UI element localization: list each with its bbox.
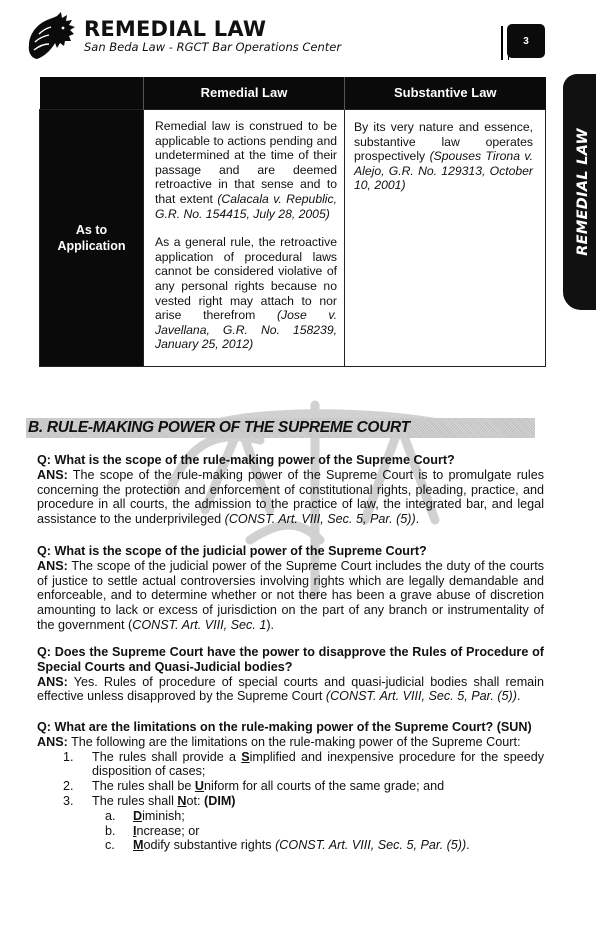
table-header-remedial: Remedial Law [144, 77, 345, 110]
qa-block: Q: What is the scope of the judicial pow… [37, 544, 544, 633]
item-text: ot: [187, 794, 205, 808]
sublist-item: c.Modify substantive rights (CONST. Art.… [37, 838, 544, 853]
ans-label: ANS: [37, 675, 68, 689]
punct: ). [266, 618, 274, 632]
list-item: 3.The rules shall Not: (DIM) [37, 794, 544, 809]
punct: . [416, 512, 420, 526]
qa-block: Q: What is the scope of the rule-making … [37, 453, 544, 527]
mnemonic-letter: D [133, 809, 142, 823]
sublist-item: a.Diminish; [37, 809, 544, 824]
item-text: niform for all courts of the same grade;… [204, 779, 444, 793]
citation: (CONST. Art. VIII, Sec. 5, Par. (5)) [225, 512, 416, 526]
mnemonic-tag: (DIM) [204, 794, 235, 808]
side-tab-label: REMEDIAL LAW [575, 128, 591, 256]
answer: ANS: The scope of the rule-making power … [37, 468, 544, 527]
question: Q: What is the scope of the rule-making … [37, 453, 544, 468]
remedial-paragraph: As a general rule, the retroactive appli… [155, 235, 337, 352]
answer-text: The following are the limitations on the… [68, 735, 521, 749]
sublist-item: b.Increase; or [37, 824, 544, 839]
item-letter: c. [105, 838, 115, 853]
side-tab: REMEDIAL LAW [563, 74, 596, 310]
lion-head-icon [27, 12, 79, 62]
item-text: The rules shall be [92, 779, 195, 793]
table-header-substantive: Substantive Law [345, 77, 546, 110]
citation: (CONST. Art. VIII, Sec. 5, Par. (5)) [326, 689, 517, 703]
qa-block: Q: Does the Supreme Court have the power… [37, 645, 544, 704]
ans-label: ANS: [37, 735, 68, 749]
item-text: odify substantive rights [144, 838, 276, 852]
table-row: As to Application Remedial law is constr… [40, 110, 546, 367]
remedial-paragraph: Remedial law is construed to be applicab… [155, 119, 337, 221]
list-item: 2.The rules shall be Uniform for all cou… [37, 779, 544, 794]
table-header-blank [40, 77, 144, 110]
page-number: 3 [507, 24, 545, 58]
item-letter: b. [105, 824, 116, 839]
question: Q: Does the Supreme Court have the power… [37, 645, 544, 675]
item-text: The rules shall provide a [92, 750, 241, 764]
comparison-table: Remedial Law Substantive Law As to Appli… [39, 77, 546, 367]
item-letter: a. [105, 809, 116, 824]
punct: . [466, 838, 470, 852]
mnemonic-letter: U [195, 779, 204, 793]
item-text: ncrease; or [137, 824, 200, 838]
question: Q: What is the scope of the judicial pow… [37, 544, 544, 559]
dim-sublist: a.Diminish; b.Increase; or c.Modify subs… [37, 809, 544, 853]
limitations-list: 1.The rules shall provide a Simplified a… [37, 750, 544, 809]
answer: ANS: Yes. Rules of procedure of special … [37, 675, 544, 705]
document-subtitle: San Beda Law - RGCT Bar Operations Cente… [84, 40, 341, 54]
item-number: 3. [63, 794, 74, 809]
section-heading: B. RULE-MAKING POWER OF THE SUPREME COUR… [26, 418, 535, 438]
citation: CONST. Art. VIII, Sec. 1 [132, 618, 266, 632]
document-title: REMEDIAL LAW [84, 17, 266, 41]
mnemonic-letter: N [177, 794, 186, 808]
answer-text: The scope of the judicial power of the S… [37, 559, 544, 632]
substantive-paragraph: By its very nature and essence, substant… [354, 120, 533, 193]
table-header-row: Remedial Law Substantive Law [40, 77, 546, 110]
list-item: 1.The rules shall provide a Simplified a… [37, 750, 544, 780]
item-text: iminish; [142, 809, 185, 823]
answer: ANS: The following are the limitations o… [37, 735, 544, 750]
ans-label: ANS: [37, 468, 68, 482]
row-label: As to Application [40, 110, 144, 367]
mnemonic-letter: M [133, 838, 144, 852]
citation: (CONST. Art. VIII, Sec. 5, Par. (5)) [275, 838, 466, 852]
mnemonic-letter: S [241, 750, 249, 764]
answer: ANS: The scope of the judicial power of … [37, 559, 544, 633]
substantive-cell: By its very nature and essence, substant… [345, 110, 546, 367]
row-label-text: As to Application [52, 222, 132, 254]
qa-block: Q: What are the limitations on the rule-… [37, 720, 544, 853]
item-text: The rules shall [92, 794, 177, 808]
remedial-cell: Remedial law is construed to be applicab… [144, 110, 345, 367]
item-number: 1. [63, 750, 74, 765]
ans-label: ANS: [37, 559, 68, 573]
item-number: 2. [63, 779, 74, 794]
punct: . [517, 689, 521, 703]
question: Q: What are the limitations on the rule-… [37, 720, 544, 735]
